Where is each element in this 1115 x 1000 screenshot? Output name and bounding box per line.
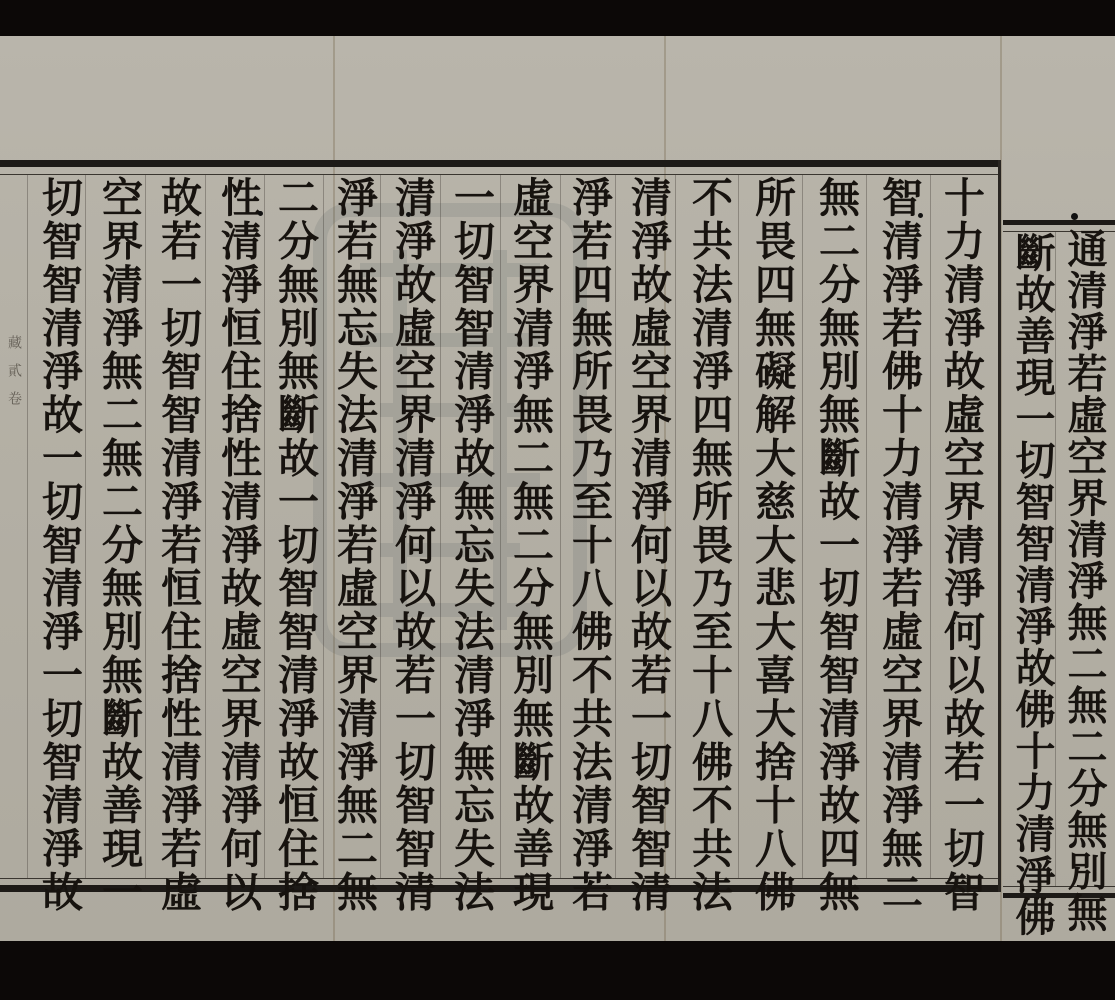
column-line [27,175,28,878]
column-line [866,175,867,878]
column-line [560,175,561,878]
punctuation-dot [406,212,411,217]
text-column-8: 虛空界清淨無二無二分無別無斷故善現 [504,176,556,914]
text-column-5: 不共法清淨四無所畏乃至十八佛不共法 [683,176,735,914]
column-line [738,175,739,878]
text-column-10: 清淨故虛空界清淨何以故若一切智智清 [386,176,438,914]
punctuation-dot [258,211,263,216]
text-column-7: 淨若四無所畏乃至十八佛不共法清淨若 [563,176,615,914]
column-line [205,175,206,878]
column-line [145,175,146,878]
column-line [264,175,265,878]
text-column-1: 十力清淨故虛空界清淨何以故若一切智 [935,176,987,914]
column-line [85,175,86,878]
text-column-16: 切智智清淨故一切智清淨一切智清淨故 [33,176,85,914]
text-column-2: 智清淨若佛十力清淨若虛空界清淨無二 [873,176,925,914]
margin-label: 藏貳卷 [4,335,24,419]
text-column-11: 淨若無忘失法清淨若虛空界清淨無二無 [328,176,380,914]
text-column-14: 故若一切智智清淨若恒住捨性清淨若虛 [152,176,204,914]
column-line [500,175,501,878]
punctuation-dot [918,213,923,218]
punctuation-dot [1071,213,1078,220]
text-column-9: 一切智智清淨故無忘失法清淨無忘失法 [445,176,497,914]
text-column-12: 二分無別無斷故一切智智清淨故恒住捨 [269,176,321,914]
column-line [615,175,616,878]
text-column-6: 清淨故虛空界清淨何以故若一切智智清 [622,176,674,914]
top-border-rule [0,160,1000,167]
text-column-4: 所畏四無礙解大慈大悲大喜大捨十八佛 [746,176,798,914]
column-line [675,175,676,878]
text-column-13: 性清淨恒住捨性清淨故虛空界清淨何以 [212,176,264,914]
column-line [440,175,441,878]
text-column-15: 空界清淨無二無二分無別無斷故善現一 [93,176,145,914]
text-column-3: 無二分無別無斷故一切智智清淨故四無 [810,176,862,914]
side-text-column: 斷故善現一切智智清淨故佛十力清淨佛 [1006,232,1058,938]
panel-divider [998,160,1001,892]
column-line [930,175,931,878]
side-text-column: 通清淨若虛空界清淨無二無二分無別無 [1058,228,1110,934]
column-line [323,175,324,878]
column-line [380,175,381,878]
side-top-border-rule [1003,220,1115,225]
column-line [802,175,803,878]
